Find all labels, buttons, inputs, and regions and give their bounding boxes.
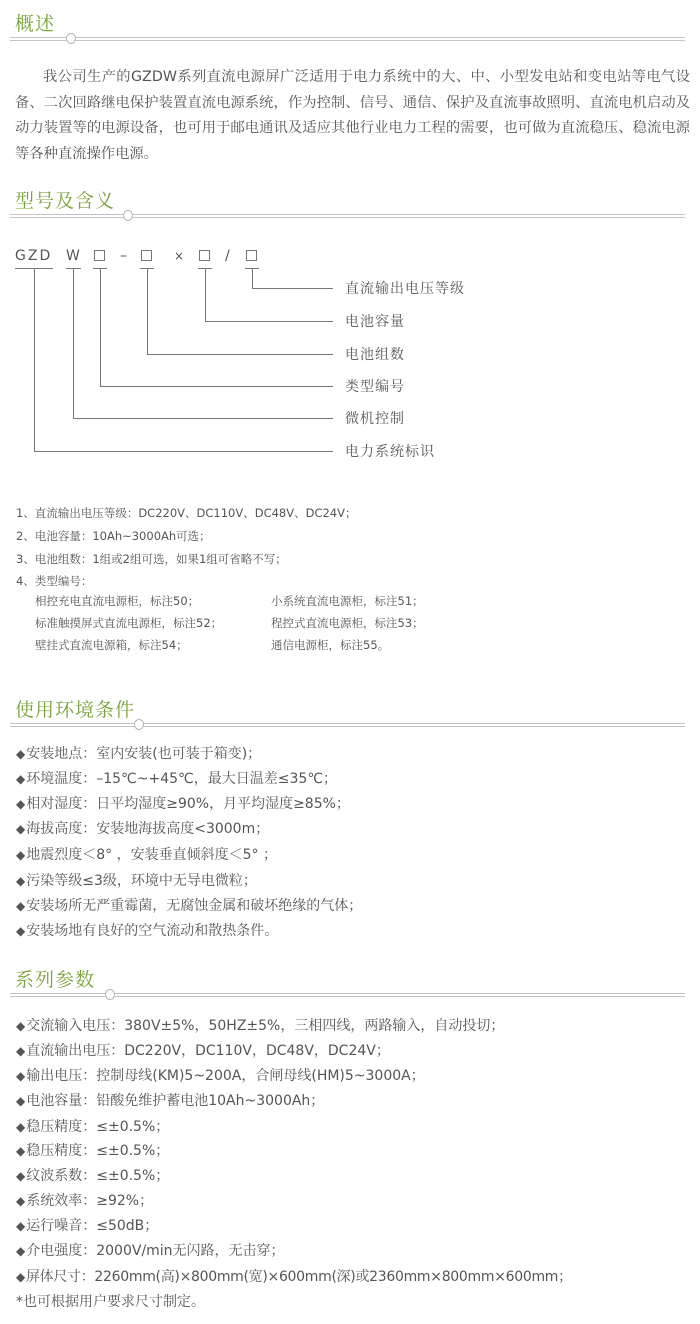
connector-line: [205, 268, 206, 322]
connector-line: [100, 268, 101, 387]
divider-circle-icon: [123, 210, 133, 221]
placeholder-box-icon: [94, 250, 105, 261]
connector-line: [252, 288, 333, 289]
model-code-row: GZD W – × /: [0, 247, 300, 265]
note-item: 1、直流输出电压等级：DC220V、DC110V、DC48V、DC24V；: [16, 502, 357, 524]
label-power-system-id: 电力系统标识: [345, 443, 435, 461]
section-divider: [10, 723, 685, 727]
divider-circle-icon: [66, 33, 76, 44]
list-item: ◆输出电压：控制母线(KM)5~200A，合闸母线(HM)5~3000A；: [16, 1067, 425, 1085]
section-divider: [10, 214, 685, 218]
connector-line: [205, 321, 333, 322]
label-microcontrol: 微机控制: [345, 410, 405, 428]
diamond-bullet-icon: ◆: [16, 822, 25, 836]
list-item: ◆介电强度：2000V/min无闪路，无击穿；: [16, 1242, 285, 1260]
list-item: ◆直流输出电压：DC220V，DC110V，DC48V，DC24V；: [16, 1042, 390, 1060]
footnote: *也可根据用户要求尺寸制定。: [16, 1293, 205, 1311]
list-item: ◆海拔高度：安装地海拔高度<3000m；: [16, 820, 269, 838]
connector-line: [73, 418, 333, 419]
diamond-bullet-icon: ◆: [16, 797, 25, 811]
diamond-bullet-icon: ◆: [16, 874, 25, 888]
type-code-item: 程控式直流电源柜，标注53；: [271, 615, 424, 631]
code-box-groups: [141, 247, 152, 265]
diamond-bullet-icon: ◆: [16, 1194, 25, 1208]
label-battery-groups: 电池组数: [345, 346, 405, 364]
diamond-bullet-icon: ◆: [16, 1270, 25, 1284]
code-times: ×: [174, 247, 184, 265]
diamond-bullet-icon: ◆: [16, 848, 25, 862]
placeholder-box-icon: [246, 250, 257, 261]
code-box-type: [94, 247, 105, 265]
diamond-bullet-icon: ◆: [16, 1244, 25, 1258]
note-item: 2、电池容量：10Ah~3000Ah可选；: [16, 525, 211, 547]
diamond-bullet-icon: ◆: [16, 1144, 25, 1158]
connector-line: [100, 386, 333, 387]
diamond-bullet-icon: ◆: [16, 1069, 25, 1083]
connector-line: [73, 268, 74, 419]
type-code-item: 通信电源柜，标注55。: [271, 637, 389, 653]
diamond-bullet-icon: ◆: [16, 1094, 25, 1108]
list-item: ◆电池容量：铅酸免维护蓄电池10Ah~3000Ah；: [16, 1092, 324, 1110]
list-item: ◆系统效率：≥92%；: [16, 1192, 153, 1210]
list-item: ◆相对湿度：日平均湿度≥90%，月平均湿度≥85%；: [16, 795, 350, 813]
connector-line: [147, 268, 148, 355]
list-item: ◆交流输入电压：380V±5%，50HZ±5%，三相四线，两路输入，自动投切；: [16, 1017, 504, 1035]
list-item: ◆屏体尺寸：2260mm(高)×800mm(宽)×600mm(深)或2360mm…: [16, 1268, 572, 1286]
code-box-capacity: [199, 247, 210, 265]
section-divider: [10, 37, 685, 41]
section-title-parameters: 系列参数: [15, 969, 95, 991]
divider-circle-icon: [105, 989, 115, 1000]
connector-line: [252, 268, 253, 289]
section-divider: [10, 993, 685, 997]
code-dash: –: [120, 247, 127, 265]
list-item: ◆安装场地有良好的空气流动和散热条件。: [16, 922, 278, 940]
type-code-item: 小系统直流电源柜，标注51；: [271, 593, 424, 609]
label-type-code: 类型编号: [345, 378, 405, 396]
overview-paragraph: 我公司生产的GZDW系列直流电源屏广泛适用于电力系统中的大、中、小型发电站和变电…: [15, 65, 690, 167]
code-gzd: GZD: [15, 247, 52, 265]
divider-circle-icon: [134, 719, 144, 730]
placeholder-box-icon: [141, 250, 152, 261]
list-item: ◆稳压精度：≤±0.5%；: [16, 1118, 169, 1136]
code-box-voltage: [246, 247, 257, 265]
note-item: 3、电池组数：1组或2组可选，如果1组可省略不写；: [16, 548, 287, 570]
diamond-bullet-icon: ◆: [16, 1219, 25, 1233]
diamond-bullet-icon: ◆: [16, 1019, 25, 1033]
connector-line: [34, 451, 333, 452]
type-code-item: 相控充电直流电源柜，标注50；: [35, 593, 199, 609]
diamond-bullet-icon: ◆: [16, 1120, 25, 1134]
list-item: ◆环境温度：–15℃~+45℃，最大日温差≤35℃；: [16, 770, 337, 788]
list-item: ◆安装地点：室内安装(也可装于箱变)；: [16, 745, 261, 763]
diamond-bullet-icon: ◆: [16, 747, 25, 761]
list-item: ◆稳压精度：≤±0.5%；: [16, 1142, 169, 1160]
section-title-overview: 概述: [15, 13, 55, 35]
diamond-bullet-icon: ◆: [16, 924, 25, 938]
list-item: ◆安装场所无严重霉菌，无腐蚀金属和破坏绝缘的气体；: [16, 897, 362, 915]
code-w: W: [66, 247, 80, 265]
placeholder-box-icon: [199, 250, 210, 261]
label-battery-capacity: 电池容量: [345, 313, 405, 331]
diamond-bullet-icon: ◆: [16, 772, 25, 786]
note-item: 4、类型编号：: [16, 570, 92, 592]
diamond-bullet-icon: ◆: [16, 899, 25, 913]
list-item: ◆运行噪音：≤50dB；: [16, 1217, 158, 1235]
list-item: ◆地震烈度＜8° ，安装垂直倾斜度＜5° ；: [16, 846, 277, 864]
code-slash: /: [225, 247, 230, 265]
diamond-bullet-icon: ◆: [16, 1044, 25, 1058]
connector-line: [34, 268, 35, 452]
section-title-model: 型号及含义: [15, 190, 115, 212]
type-code-item: 标准触摸屏式直流电源柜，标注52；: [35, 615, 222, 631]
label-voltage-level: 直流输出电压等级: [345, 280, 465, 298]
type-code-item: 壁挂式直流电源箱，标注54；: [35, 637, 188, 653]
diamond-bullet-icon: ◆: [16, 1169, 25, 1183]
section-title-environment: 使用环境条件: [15, 699, 135, 721]
list-item: ◆纹波系数：≤±0.5%；: [16, 1167, 169, 1185]
list-item: ◆污染等级≤3级，环境中无导电微粒；: [16, 872, 257, 890]
connector-line: [147, 354, 333, 355]
